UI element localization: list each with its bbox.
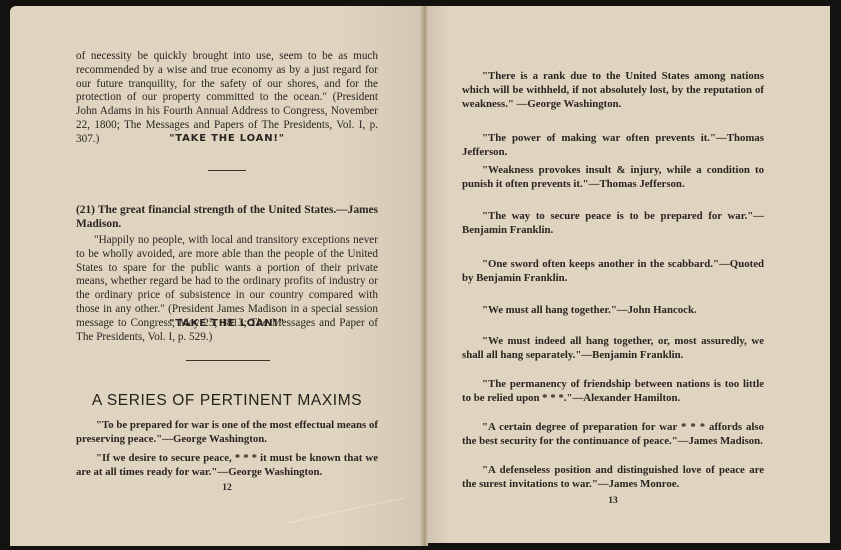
page-number: 12	[76, 482, 378, 496]
take-the-loan-slogan: "TAKE THE LOAN!"	[76, 317, 378, 331]
maxim-item: "One sword often keeps another in the sc…	[462, 257, 764, 285]
maxims-section-heading: A SERIES OF PERTINENT MAXIMS	[76, 394, 378, 408]
maxim-item: "The permanency of friendship between na…	[462, 377, 764, 405]
item-21-heading: (21) The great financial strength of the…	[76, 204, 378, 232]
section-divider	[186, 360, 270, 361]
maxim-item: "We must all hang together."—John Hancoc…	[462, 303, 764, 317]
maxim-item: "The way to secure peace is to be prepar…	[462, 209, 764, 237]
maxim-item: "The power of making war often prevents …	[462, 131, 764, 159]
maxim-item: "There is a rank due to the United State…	[462, 69, 764, 111]
book-gutter	[420, 6, 428, 546]
section-divider	[208, 170, 246, 171]
take-the-loan-slogan: "TAKE THE LOAN!"	[76, 132, 378, 146]
maxim-item: "Weakness provokes insult & injury, whil…	[462, 163, 764, 191]
maxim-item: "If we desire to secure peace, * * * it …	[76, 451, 378, 479]
maxim-item: "A defenseless position and distinguishe…	[462, 463, 764, 491]
maxim-item: "A certain degree of preparation for war…	[462, 420, 764, 448]
maxim-item: "We must indeed all hang together, or, m…	[462, 334, 764, 362]
maxim-item: "To be prepared for war is one of the mo…	[76, 418, 378, 446]
page-number: 13	[462, 495, 764, 509]
